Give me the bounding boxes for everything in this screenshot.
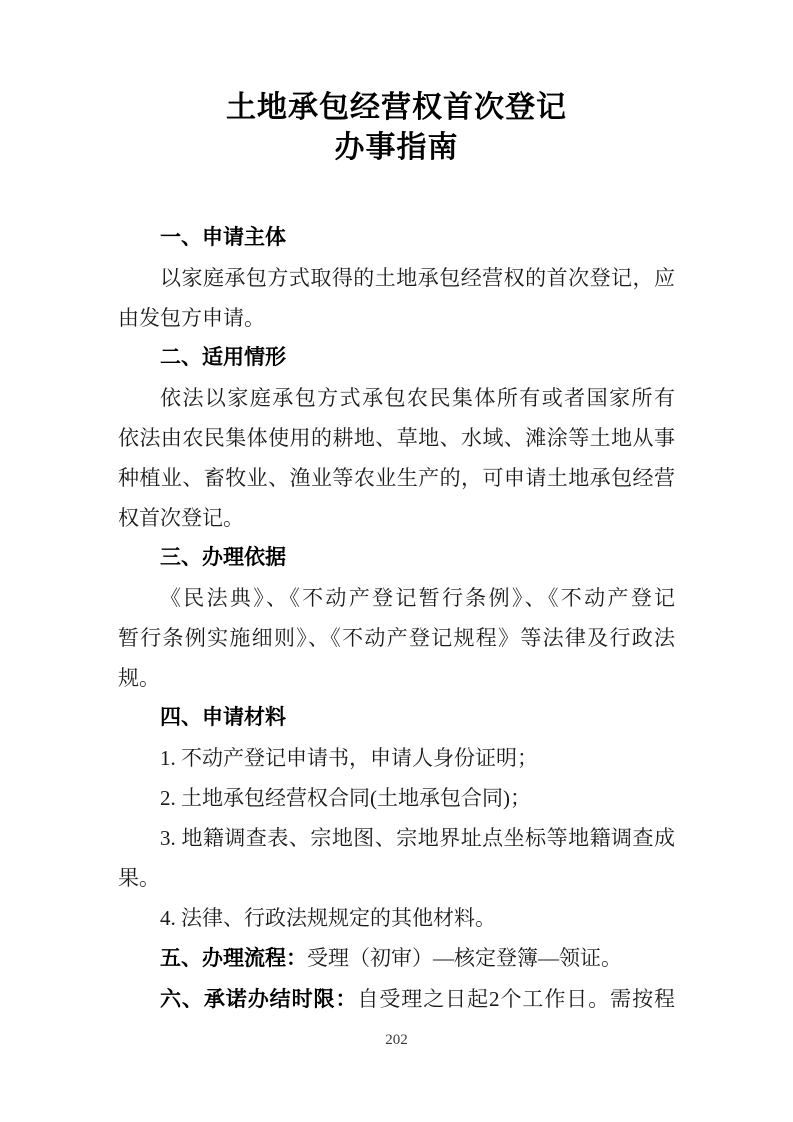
- section-4-heading: 四、申请材料: [118, 698, 675, 738]
- section-3-line-3: 规。: [118, 658, 675, 698]
- document-title-line-1: 土地承包经营权首次登记: [118, 88, 675, 128]
- section-2-heading: 二、适用情形: [118, 338, 675, 378]
- section-1-line-2: 由发包方申请。: [118, 298, 675, 338]
- section-2-line-1: 依法以家庭承包方式承包农民集体所有或者国家所有: [118, 378, 675, 418]
- section-4-item-3-line-2: 果。: [118, 858, 675, 898]
- section-3-line-2: 暂行条例实施细则》、《不动产登记规程》等法律及行政法: [118, 618, 675, 658]
- document-title-line-2: 办事指南: [118, 128, 675, 168]
- section-5-heading: 五、办理流程：: [160, 947, 307, 970]
- section-4-item-1: 1. 不动产登记申请书，申请人身份证明；: [118, 738, 675, 778]
- section-2-line-4: 权首次登记。: [118, 498, 675, 538]
- section-4-item-2: 2. 土地承包经营权合同(土地承包合同)；: [118, 778, 675, 818]
- section-5-text: 受理（初审）—核定登簿—领证。: [307, 946, 622, 970]
- section-4-item-3-line-1: 3. 地籍调查表、宗地图、宗地界址点坐标等地籍调查成: [118, 818, 675, 858]
- document-title: 土地承包经营权首次登记 办事指南: [118, 88, 675, 168]
- section-3-heading: 三、办理依据: [118, 538, 675, 578]
- document-content: 土地承包经营权首次登记 办事指南 一、申请主体 以家庭承包方式取得的土地承包经营…: [118, 88, 675, 1020]
- document-page: 土地承包经营权首次登记 办事指南 一、申请主体 以家庭承包方式取得的土地承包经营…: [0, 0, 793, 1122]
- section-6-text: 自受理之日起2个工作日。需按程: [357, 987, 675, 1011]
- section-6-line: 六、承诺办结时限：自受理之日起2个工作日。需按程: [118, 979, 675, 1020]
- section-2-line-3: 种植业、畜牧业、渔业等农业生产的，可申请土地承包经营: [118, 458, 675, 498]
- section-5-line: 五、办理流程：受理（初审）—核定登簿—领证。: [118, 938, 675, 979]
- section-1-heading: 一、申请主体: [118, 218, 675, 258]
- section-3-line-1: 《民法典》、《不动产登记暂行条例》、《不动产登记: [118, 578, 675, 618]
- page-number: 202: [0, 1032, 793, 1049]
- section-2-line-2: 依法由农民集体使用的耕地、草地、水域、滩涂等土地从事: [118, 418, 675, 458]
- section-6-heading: 六、承诺办结时限：: [160, 988, 357, 1011]
- section-1-line-1: 以家庭承包方式取得的土地承包经营权的首次登记，应: [118, 258, 675, 298]
- section-4-item-4: 4. 法律、行政法规规定的其他材料。: [118, 898, 675, 938]
